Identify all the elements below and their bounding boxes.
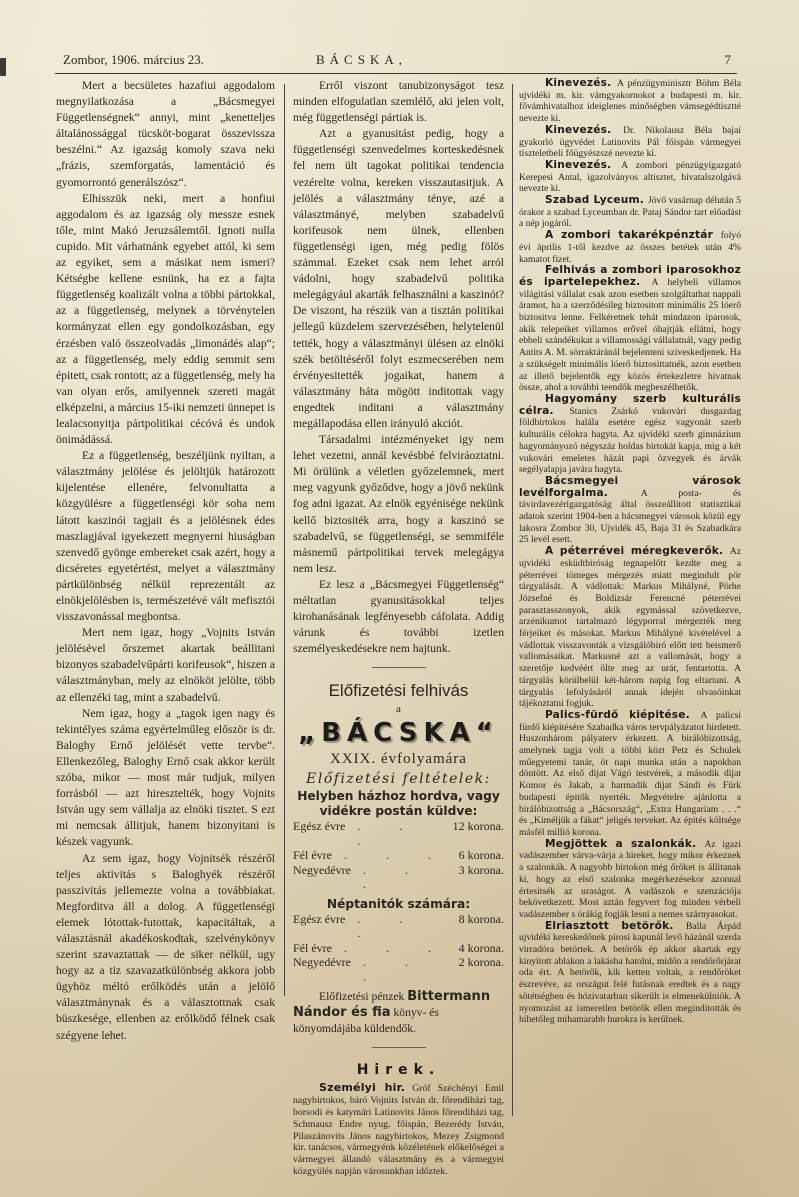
ad-brand: „BÁCSKA“ [293,717,504,749]
local-price-list: Egész évre. . .12 korona.Fél évre. . .6 … [293,819,504,892]
price-row: Egész évre. . .8 korona. [293,912,504,941]
price-amount: 4 korona. [459,941,504,956]
price-amount: 8 korona. [459,912,504,941]
ad-volume: XXIX. évfolyamára [293,749,504,769]
page-header: Zombor, 1906. március 23. BÁCSKA, 7 [63,52,731,72]
column-divider-right [512,84,513,1116]
right-column: Kinevezés. A pénzügyminisztr Böhm Béla u… [519,78,741,1026]
news-item: Szabad Lyceum. Jövő vasárnap délután 5 ó… [519,195,741,230]
price-leader-dots: . . . [345,912,458,941]
newspaper-title: BÁCSKA, [316,52,407,68]
price-leader-dots: . . . [345,819,452,848]
article-paragraph: Mert a becsületes hazafiui aggodalom meg… [56,78,275,191]
article-paragraph: Társadalmi intézményeket igy nem lehet v… [293,432,504,577]
news-item: Személyi hir. Gróf Széchényi Emil nagybi… [293,1082,504,1177]
article-paragraph: Azt a gyanusitást pedig, hogy a függetle… [293,126,504,432]
news-item: Kinevezés. A zombori pénzügyigazgató Ker… [519,160,741,195]
price-period: Fél évre [293,941,332,956]
section-separator [372,1047,426,1048]
news-body: Gróf Széchényi Emil nagybirtokos, báró V… [293,1083,504,1177]
price-row: Fél évre. . .6 korona. [293,848,504,863]
price-period: Negyedévre [293,863,351,892]
page-number: 7 [725,52,732,68]
article-paragraph: Erről viszont tanubizonyságot tesz minde… [293,78,504,126]
news-item: A zombori takarékpénztár folyó évi ápril… [519,230,741,265]
ad-title: Előfizetési felhivás [293,680,504,702]
news-body: Az igazi vadászember várva-várja a hirek… [519,839,741,920]
news-item: Palics-fürdő kiépitése. A palicsi fürdő … [519,710,741,839]
send-prefix: Előfizetési pénzek [319,990,404,1003]
price-period: Negyedévre [293,955,351,984]
news-headline: Kinevezés. [545,77,617,89]
subscription-ad: Előfizetési felhivás a „BÁCSKA“ XXIX. év… [293,680,504,1037]
news-item: Kinevezés. A pénzügyminisztr Böhm Béla u… [519,78,741,125]
news-item: Megjöttek a szalonkák. Az igazi vadászem… [519,839,741,921]
price-amount: 12 korona. [453,819,504,848]
news-headline: Kinevezés. [545,124,623,136]
news-item: Elriasztott betörők. Balla Árpád ujvidék… [519,921,741,1026]
price-row: Negyedévre. . .3 korona. [293,863,504,892]
news-body: A palicsi fürdő kiépitésére Szabadka vár… [519,710,741,838]
news-item: Hagyomány szerb kulturális célra. Stanic… [519,394,741,476]
news-body: Balla Árpád ujvidéki kereskedőnek pirosi… [519,921,741,1026]
price-amount: 3 korona. [459,863,504,892]
ad-connector: a [293,702,504,717]
price-leader-dots: . . . [351,955,459,984]
ad-conditions-heading: Előfizetési feltételek: [293,769,504,789]
article-paragraph: Nem igaz, hogy a „tagok igen nagy és tek… [56,706,275,851]
price-amount: 6 korona. [459,848,504,863]
news-headline: A zombori takarékpénztár [545,229,721,241]
price-row: Negyedévre. . .2 korona. [293,955,504,984]
price-row: Egész évre. . .12 korona. [293,819,504,848]
price-leader-dots: . . . [351,863,459,892]
ad-teachers-heading: Néptanitók számára: [293,897,504,912]
article-paragraph: Ez lesz a „Bácsmegyei Függetlenség“ mélt… [293,577,504,657]
column-divider-left [284,84,285,996]
teacher-price-list: Egész évre. . .8 korona.Fél évre. . .4 k… [293,912,504,985]
ad-local-heading: Helyben házhoz hordva, vagy vidékre post… [293,789,504,819]
middle-column: Erről viszont tanubizonyságot tesz minde… [293,78,504,1178]
news-headline: Palics-fürdő kiépitése. [545,709,700,721]
issue-date: Zombor, 1906. március 23. [63,52,204,68]
news-headline: Megjöttek a szalonkák. [545,838,705,850]
article-paragraph: Az sem igaz, hogy Vojnitsék részéről tel… [56,851,275,1044]
news-body: A helybeli villamos világitási vállalat … [519,277,741,393]
article-paragraph: Elhisszük neki, mert a honfiui aggodalom… [56,191,275,449]
news-headline: A péterrévei méregkeverők. [545,545,730,557]
price-amount: 2 korona. [459,955,504,984]
news-item: A péterrévei méregkeverők. Az ujvidéki e… [519,546,741,710]
section-separator [372,667,426,668]
news-headline: Elriasztott betörők. [545,920,686,932]
page-binding-mark [0,58,6,76]
article-paragraph: Ez a függetlenség, beszéljünk nyiltan, a… [56,448,275,625]
price-period: Egész évre [293,912,345,941]
news-item: Bácsmegyei városok levélforgalma. A post… [519,476,741,546]
news-body: Az ujvidéki esküdtbiróság tegnapelőtt ke… [519,546,741,709]
news-item: Felhivás a zombori iparosokhoz és iparte… [519,265,741,394]
price-period: Fél évre [293,848,332,863]
news-headline: Kinevezés. [545,159,621,171]
header-rule [55,73,737,74]
news-headline: Személyi hir. [319,1081,405,1094]
news-item: Kinevezés. Dr. Nikolausz Béla bajai gyak… [519,125,741,160]
news-section-heading: Hirek. [293,1062,504,1078]
price-row: Fél évre. . .4 korona. [293,941,504,956]
price-leader-dots: . . . [332,941,459,956]
price-leader-dots: . . . [332,848,459,863]
ad-send-instructions: Előfizetési pénzek Bittermann Nándor és … [293,989,504,1037]
price-period: Egész évre [293,819,345,848]
left-column: Mert a becsületes hazafiui aggodalom meg… [56,78,275,1044]
article-paragraph: Mert nem igaz, hogy „Vojnits István jelö… [56,625,275,705]
news-headline: Szabad Lyceum. [545,194,648,206]
